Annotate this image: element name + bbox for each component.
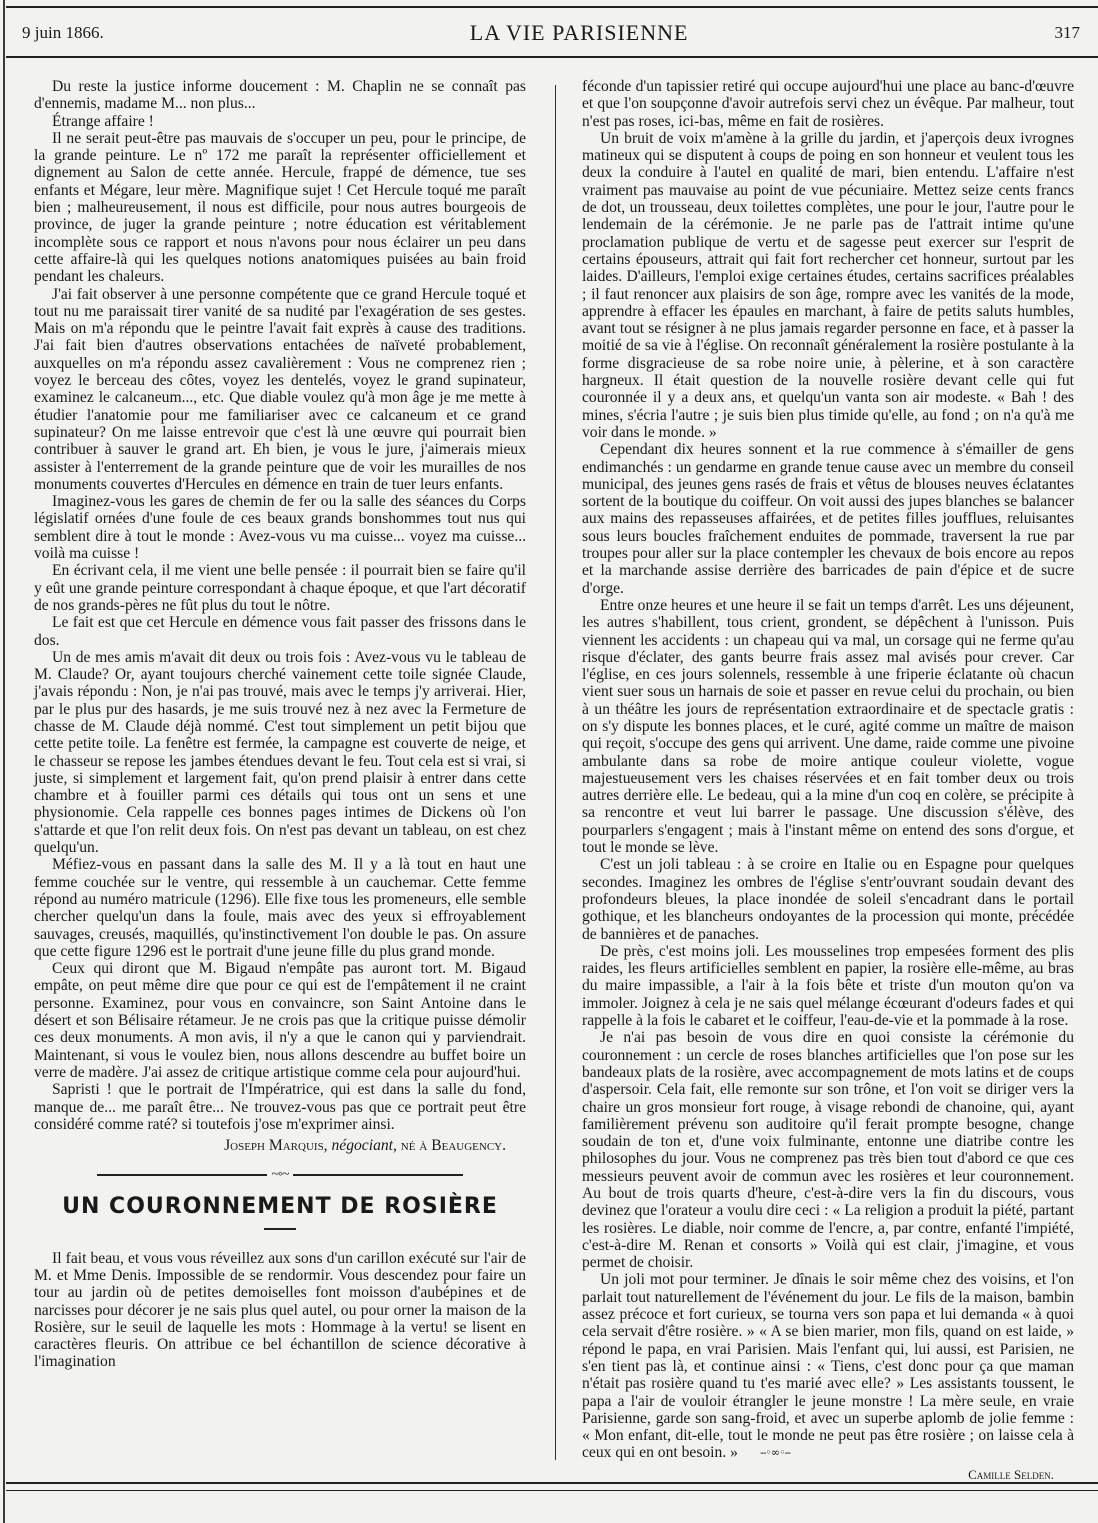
flourish-icon: ~◦~	[267, 1168, 292, 1182]
paragraph: féconde d'un tapissier retiré qui occupe…	[582, 78, 1074, 130]
end-flourish-icon: --◦∞◦--	[760, 1446, 790, 1459]
paragraph: Ceux qui diront que M. Bigaud n'empâte p…	[34, 960, 526, 1081]
right-column: féconde d'un tapissier retiré qui occupe…	[582, 78, 1074, 1483]
issue-date: 9 juin 1866.	[22, 23, 104, 43]
paragraph: J'ai fait observer à une personne compét…	[34, 286, 526, 494]
paragraph: Un bruit de voix m'amène à la grille du …	[582, 130, 1074, 441]
paragraph: Entre onze heures et une heure il se fai…	[582, 597, 1074, 856]
paragraph: Un de mes amis m'avait dit deux ou trois…	[34, 649, 526, 857]
paragraph: De près, c'est moins joli. Les mousselin…	[582, 943, 1074, 1029]
bottom-rule-2	[6, 1490, 1098, 1491]
publication-title: LA VIE PARISIENNE	[470, 20, 689, 46]
paragraph: C'est un joli tableau : à se croire en I…	[582, 856, 1074, 942]
paragraph: Sapristi ! que le portrait de l'Impératr…	[34, 1081, 526, 1133]
paragraph: Méfiez-vous en passant dans la salle des…	[34, 856, 526, 960]
paragraph: Le fait est que cet Hercule en démence v…	[34, 614, 526, 649]
article-title: UN COURONNEMENT DE ROSIÈRE	[34, 1198, 526, 1215]
page-header: 9 juin 1866. LA VIE PARISIENNE 317	[22, 18, 1080, 48]
paragraph: Imaginez-vous les gares de chemin de fer…	[34, 493, 526, 562]
ornament-line-left	[97, 1174, 267, 1176]
top-rule	[6, 6, 1098, 8]
column-divider	[555, 85, 556, 1460]
paragraph: Étrange affaire !	[34, 113, 526, 130]
page-left-border	[3, 0, 5, 1523]
paragraph: Du reste la justice informe doucement : …	[34, 78, 526, 113]
page-number: 317	[1054, 23, 1080, 43]
paragraph: En écrivant cela, il me vient une belle …	[34, 562, 526, 614]
header-rule	[6, 56, 1098, 58]
ornament-line-right	[293, 1174, 463, 1176]
paragraph: Un joli mot pour terminer. Je dînais le …	[582, 1271, 1074, 1461]
article-opening-paragraph: Il fait beau, et vous vous réveillez aux…	[34, 1250, 526, 1371]
paragraph: Je n'ai pas besoin de vous dire en quoi …	[582, 1029, 1074, 1271]
bottom-rule-1	[6, 1482, 1098, 1484]
author-signature-selden: Camille Selden.	[582, 1466, 1074, 1483]
author-signature: Joseph Marquis, négociant, né à Beaugenc…	[34, 1137, 526, 1154]
paragraph: Cependant dix heures sonnent et la rue c…	[582, 441, 1074, 597]
author-name: Joseph Marquis,	[224, 1137, 328, 1154]
title-dash	[264, 1228, 296, 1230]
paragraph: Il ne serait peut-être pas mauvais de s'…	[34, 130, 526, 286]
author-origin: né à Beaugency.	[401, 1137, 506, 1154]
section-ornament: ~◦~	[34, 1168, 526, 1182]
left-column: Du reste la justice informe doucement : …	[34, 78, 526, 1371]
author-role: négociant,	[332, 1137, 397, 1154]
